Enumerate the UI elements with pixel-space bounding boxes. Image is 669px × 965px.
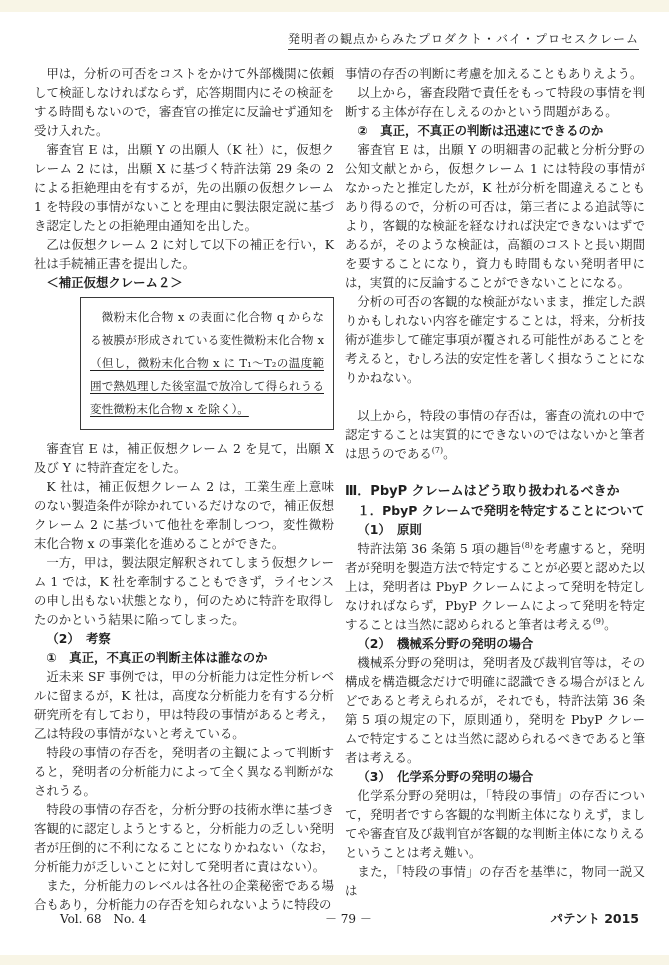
subsection-heading-circle2: ② 真正，不真正の判断は迅速にできるのか xyxy=(345,121,645,140)
journal-page: 発明者の観点からみたプロダクト・バイ・プロセスクレーム 甲は，分析の可否をコスト… xyxy=(0,0,669,965)
body-paragraph: 化学系分野の発明は，「特段の事情」の存否について，発明者ですら客観的な判断主体に… xyxy=(345,786,645,862)
footnote-marker-8: (8) xyxy=(522,541,533,550)
paragraph-text: 。 xyxy=(604,617,616,632)
body-paragraph: 分析の可否の客観的な検証がないまま，推定した誤りかもしれない内容を確定することは… xyxy=(345,292,645,387)
subsection-heading-kousatsu: （2） 考察 xyxy=(34,629,334,648)
claim-text-lead: 微粉末化合物 x の表面に化合物 q からなる被膜が形成されている変性微粉末化合… xyxy=(90,310,324,347)
claim-text: 微粉末化合物 x の表面に化合物 q からなる被膜が形成されている変性微粉末化合… xyxy=(90,306,324,421)
scan-edge-top xyxy=(0,0,669,12)
body-paragraph: 事情の存否の判断に考慮を加えることもありえよう。 xyxy=(345,64,645,83)
subsection-heading-1: １．PbyP クレームで発明を特定することについて xyxy=(345,501,645,520)
paragraph-text: 。 xyxy=(443,446,455,461)
claim-box: 微粉末化合物 x の表面に化合物 q からなる被膜が形成されている変性微粉末化合… xyxy=(80,297,334,430)
subsection-heading-gensoku: （1） 原則 xyxy=(345,520,645,539)
body-paragraph: 特段の事情の存否を，分析分野の技術水準に基づき客観的に認定しようとすると，分析能… xyxy=(34,800,334,876)
claim-text-underlined: （但し，微粉末化合物 x に T₁〜T₂の温度範囲で熱処理した後室温で放冷して得… xyxy=(90,356,324,416)
body-paragraph: 近未来 SF 事例では，甲の分析能力は定性分析レベルに留まるが，K 社は，高度な… xyxy=(34,667,334,743)
left-column: 甲は，分析の可否をコストをかけて外部機関に依頼して検証しなければならず，応答期間… xyxy=(34,64,334,914)
body-paragraph: 機械系分野の発明は，発明者及び裁判官等は，その構成を構造概念だけで明確に認識でき… xyxy=(345,653,645,767)
section-heading-3: Ⅲ．PbyP クレームはどう取り扱われるべきか xyxy=(345,482,645,501)
body-paragraph: 一方，甲は，製法限定解釈されてしまう仮想クレーム 1 では，K 社を牽制すること… xyxy=(34,553,334,629)
body-paragraph: 審査官 E は，補正仮想クレーム 2 を見て，出願 X 及び Y に特許査定をし… xyxy=(34,439,334,477)
body-paragraph: 乙は仮想クレーム 2 に対して以下の補正を行い，K 社は手続補正書を提出した。 xyxy=(34,235,334,273)
paragraph-text: 以上から，特段の事情の存否は，審査の流れの中で認定することは実質的にできないので… xyxy=(345,408,645,461)
footer-page-number: － 79 － xyxy=(325,910,372,927)
running-head: 発明者の観点からみたプロダクト・バイ・プロセスクレーム xyxy=(288,30,639,50)
scan-edge-bottom xyxy=(0,955,669,965)
footer-journal: パテント 2015 xyxy=(550,909,639,927)
two-column-body: 甲は，分析の可否をコストをかけて外部機関に依頼して検証しなければならず，応答期間… xyxy=(34,64,645,914)
body-paragraph: 以上から，審査段階で責任をもって特段の事情を判断する主体が存在しえるのかという問… xyxy=(345,83,645,121)
body-paragraph: 特段の事情の存否を，発明者の主観によって判断すると，発明者の分析能力によって全く… xyxy=(34,743,334,800)
body-paragraph: K 社は，補正仮想クレーム 2 は，工業生産上意味のない製造条件が除かれているだ… xyxy=(34,477,334,553)
subsection-heading-circle1: ① 真正，不真正の判断主体は誰なのか xyxy=(34,648,334,667)
body-paragraph: 甲は，分析の可否をコストをかけて外部機関に依頼して検証しなければならず，応答期間… xyxy=(34,64,334,140)
footnote-marker-9: (9) xyxy=(593,617,604,626)
body-paragraph: また，「特段の事情」の存否を基準に，物同一説又は xyxy=(345,862,645,900)
body-paragraph: 特許法第 36 条第 5 項の趣旨(8)を考慮すると，発明者が発明を製造方法で特… xyxy=(345,539,645,634)
page-footer: Vol. 68 No. 4 － 79 － パテント 2015 xyxy=(34,909,639,927)
right-column: 事情の存否の判断に考慮を加えることもありえよう。 以上から，審査段階で責任をもっ… xyxy=(345,64,645,914)
claim-heading: ＜補正仮想クレーム２＞ xyxy=(34,273,334,292)
paragraph-text: 特許法第 36 条第 5 項の趣旨 xyxy=(357,541,521,556)
subsection-heading-kikai: （2） 機械系分野の発明の場合 xyxy=(345,634,645,653)
body-paragraph: 以上から，特段の事情の存否は，審査の流れの中で認定することは実質的にできないので… xyxy=(345,406,645,463)
body-paragraph: 審査官 E は，出願 Y の出願人（K 社）に，仮想クレーム 2 には，出願 X… xyxy=(34,140,334,235)
footer-volume: Vol. 68 No. 4 xyxy=(60,910,146,927)
subsection-heading-kagaku: （3） 化学系分野の発明の場合 xyxy=(345,767,645,786)
body-paragraph: 審査官 E は，出願 Y の明細書の記載と分析分野の公知文献とから，仮想クレーム… xyxy=(345,140,645,292)
footnote-marker-7: (7) xyxy=(432,446,443,455)
